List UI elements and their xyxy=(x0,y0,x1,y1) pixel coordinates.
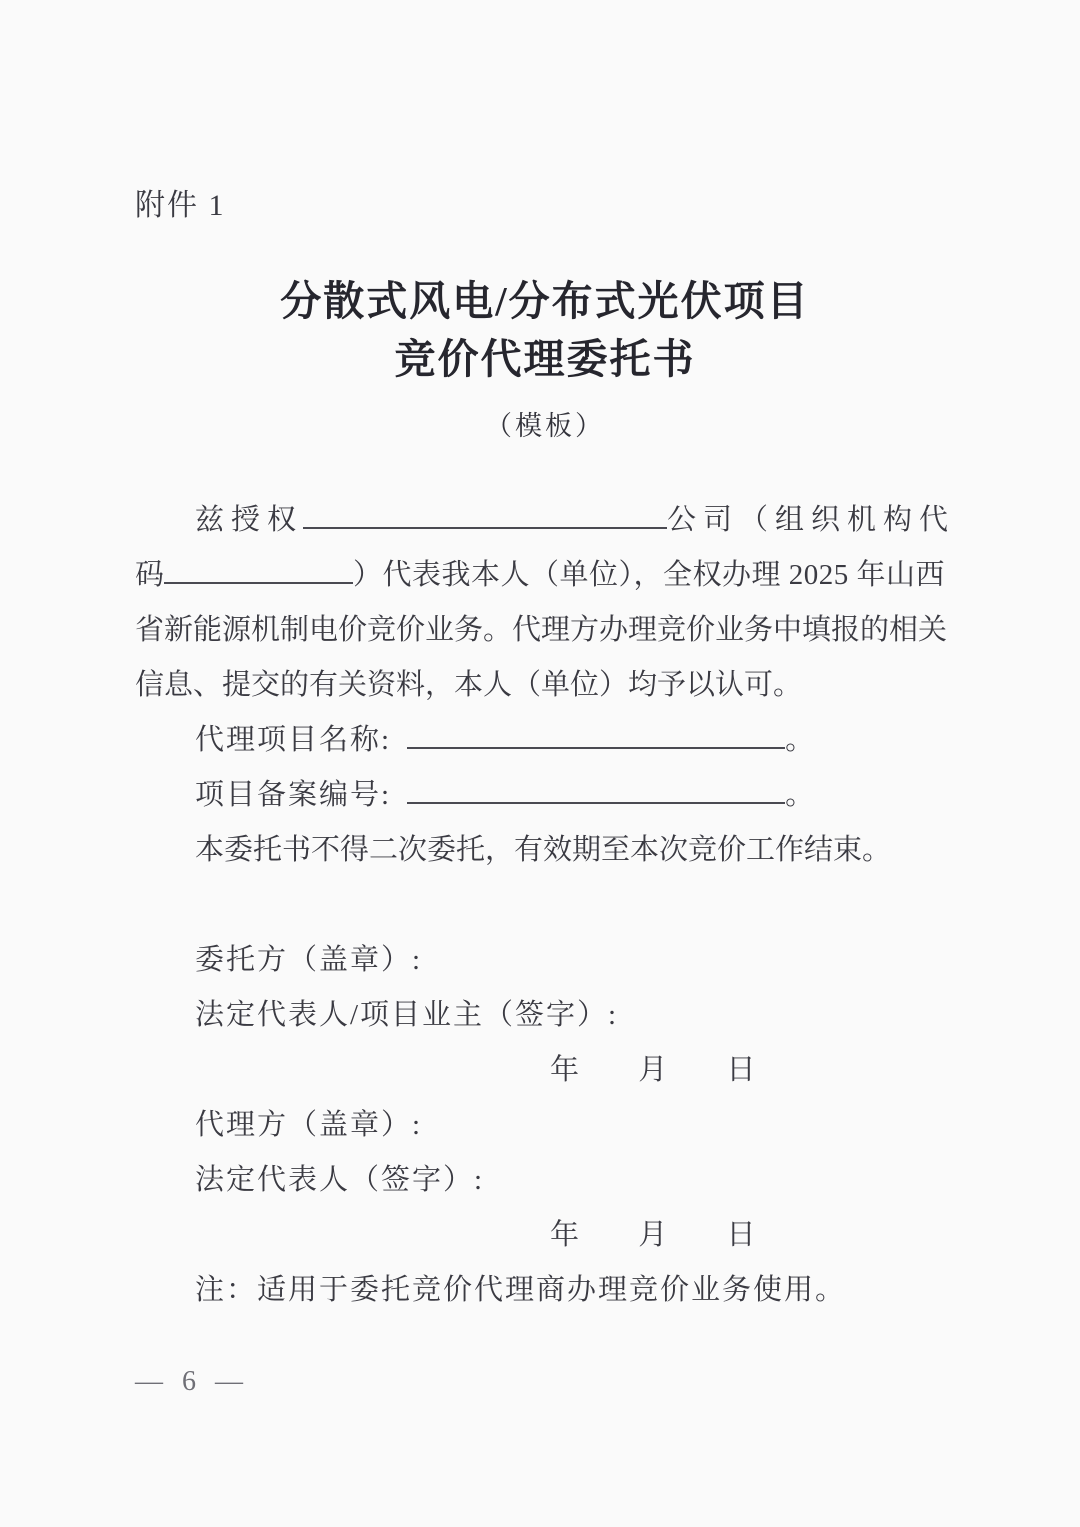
org-code-prefix-text: 码 xyxy=(135,559,164,591)
paragraph-line-1: 兹授权公司（组织机构代 xyxy=(135,493,955,548)
page-number: — 6 — xyxy=(135,1366,249,1398)
authorization-paragraph: 兹授权公司（组织机构代 码）代表我本人（单位），全权办理 2025 年山西 省新… xyxy=(135,493,955,878)
org-code-suffix-text: ）代表我本人（单位），全权办理 2025 年山西 xyxy=(353,559,945,591)
document-title-line2: 竞价代理委托书 xyxy=(135,330,955,388)
document-page: 附件 1 分散式风电/分布式光伏项目 竞价代理委托书 （模板） 兹授权公司（组织… xyxy=(0,0,1080,1527)
agent-date-line: 年 月 日 xyxy=(135,1208,955,1263)
record-number-line: 项目备案编号:。 xyxy=(135,768,955,823)
consignor-representative-line: 法定代表人/项目业主（签字）: xyxy=(135,988,955,1043)
record-number-period: 。 xyxy=(785,779,814,811)
paragraph-line-2: 码）代表我本人（单位），全权办理 2025 年山西 xyxy=(135,548,955,603)
consignor-representative-label: 法定代表人/项目业主（签字）: xyxy=(195,999,618,1031)
consignor-seal-label: 委托方（盖章）: xyxy=(195,944,422,976)
project-name-label: 代理项目名称: xyxy=(195,724,391,756)
record-number-label: 项目备案编号: xyxy=(195,779,391,811)
validity-line: 本委托书不得二次委托，有效期至本次竞价工作结束。 xyxy=(135,823,955,878)
document-subtitle: （模板） xyxy=(135,404,955,443)
consignor-seal-line: 委托方（盖章）: xyxy=(135,933,955,988)
authorize-suffix-text: 公司（组织机构代 xyxy=(667,504,955,536)
project-name-blank xyxy=(407,717,785,749)
agent-representative-line: 法定代表人（签字）: xyxy=(135,1153,955,1208)
consignor-date-line: 年 月 日 xyxy=(135,1043,955,1098)
document-title-line1: 分散式风电/分布式光伏项目 xyxy=(135,272,955,330)
paragraph-line-4: 信息、提交的有关资料，本人（单位）均予以认可。 xyxy=(135,658,955,713)
signature-section: 委托方（盖章）: 法定代表人/项目业主（签字）: 年 月 日 代理方（盖章）: … xyxy=(135,933,955,1318)
authorize-prefix-text: 兹授权 xyxy=(195,504,303,536)
paragraph-line-3: 省新能源机制电价竞价业务。代理方办理竞价业务中填报的相关 xyxy=(135,603,955,658)
attachment-label: 附件 1 xyxy=(135,0,955,224)
validity-line-text: 本委托书不得二次委托，有效期至本次竞价工作结束。 xyxy=(195,834,891,866)
document-title: 分散式风电/分布式光伏项目 竞价代理委托书 xyxy=(135,272,955,388)
agent-seal-label: 代理方（盖章）: xyxy=(195,1109,422,1141)
authorized-company-blank xyxy=(303,497,667,529)
paragraph-line-3-text: 省新能源机制电价竞价业务。代理方办理竞价业务中填报的相关 xyxy=(135,614,947,646)
org-code-blank xyxy=(164,552,353,584)
project-name-period: 。 xyxy=(785,724,814,756)
paragraph-line-4-text: 信息、提交的有关资料，本人（单位）均予以认可。 xyxy=(135,669,802,701)
agent-representative-label: 法定代表人（签字）: xyxy=(195,1164,484,1196)
note-line: 注：适用于委托竞价代理商办理竞价业务使用。 xyxy=(135,1263,955,1318)
record-number-blank xyxy=(407,772,785,804)
project-name-line: 代理项目名称:。 xyxy=(135,713,955,768)
agent-seal-line: 代理方（盖章）: xyxy=(135,1098,955,1153)
note-text: 注：适用于委托竞价代理商办理竞价业务使用。 xyxy=(195,1274,846,1306)
document-content: 附件 1 分散式风电/分布式光伏项目 竞价代理委托书 （模板） 兹授权公司（组织… xyxy=(0,0,1080,1318)
